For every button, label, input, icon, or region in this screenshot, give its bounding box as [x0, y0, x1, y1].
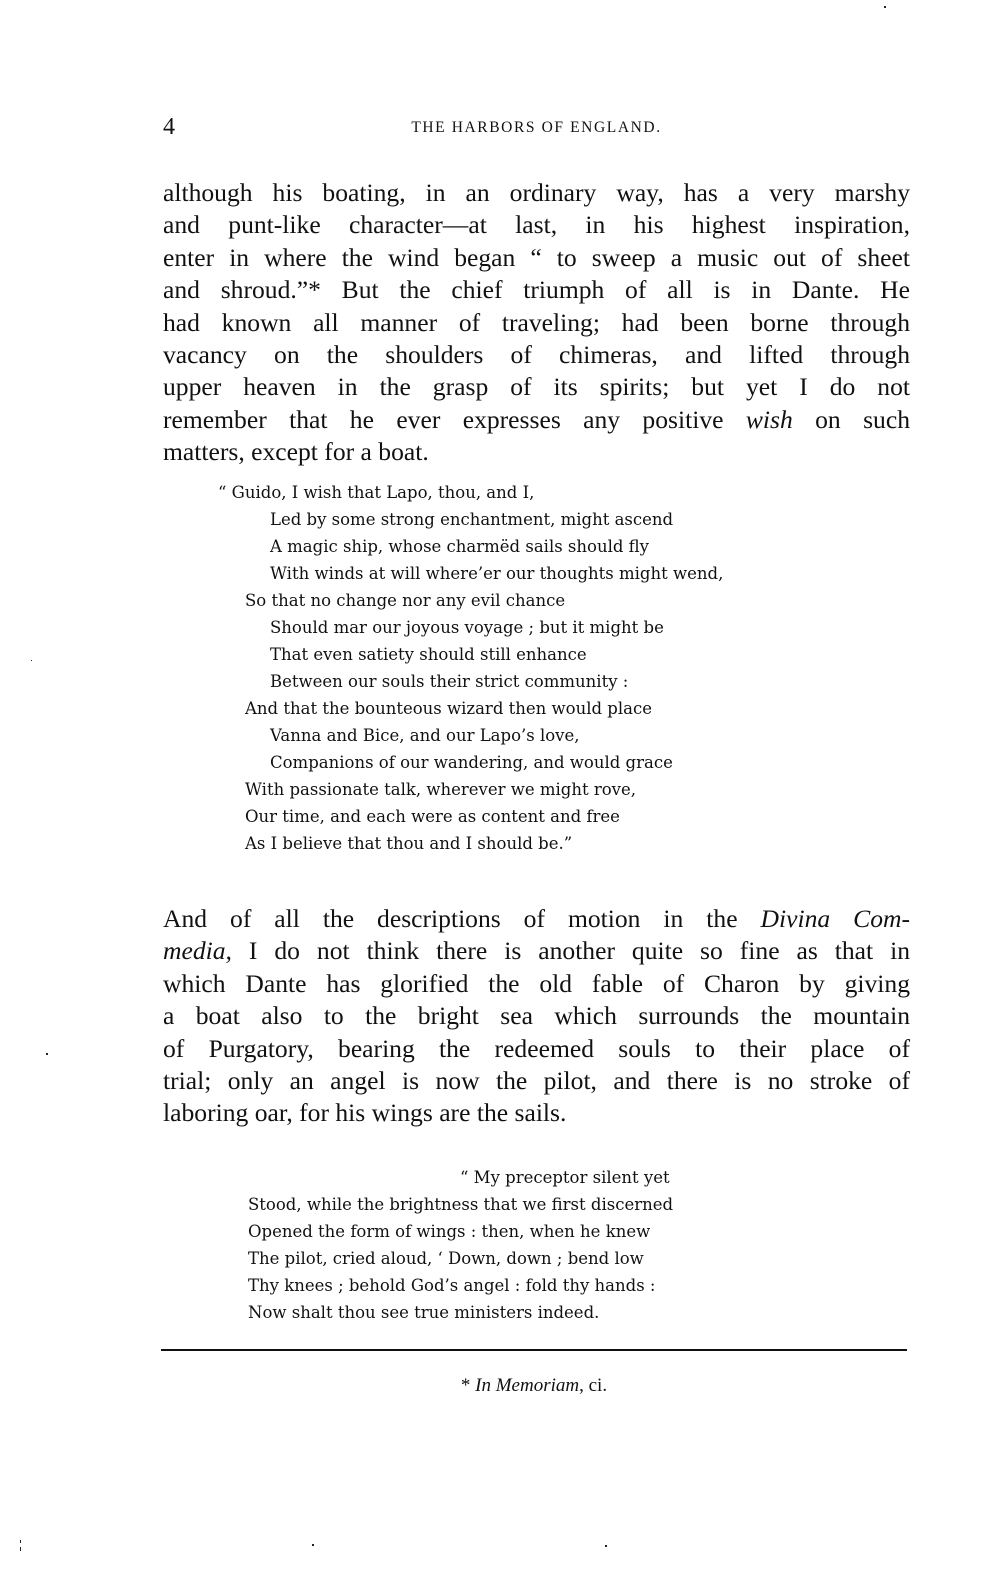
footnote-marker: * [461, 1375, 475, 1396]
text-line: had known all manner of traveling; had b… [163, 307, 910, 339]
italic-title: Divina Com- [761, 904, 910, 933]
paragraph-2: And of all the descriptions of motion in… [163, 903, 910, 1130]
verse-line: That even satiety should still enhance [218, 641, 723, 668]
verse-line: With passionate talk, wherever we might … [218, 776, 723, 803]
text-line: and punt-like character—at last, in his … [163, 209, 910, 241]
italic-word: wish [746, 405, 793, 434]
verse-line: Should mar our joyous voyage ; but it mi… [218, 614, 723, 641]
verse-line: Thy knees ; behold God’s angel : fold th… [248, 1272, 673, 1299]
scan-speck [884, 6, 886, 8]
book-page: 4 THE HARBORS OF ENGLAND. although his b… [0, 0, 1000, 1579]
text-segment: I do not think there is another quite so… [232, 936, 910, 965]
paragraph-1: although his boating, in an ordinary way… [163, 177, 910, 469]
italic-title: media, [163, 936, 232, 965]
text-segment: on such [793, 405, 910, 434]
scan-speck [20, 1540, 21, 1543]
text-line: although his boating, in an ordinary way… [163, 177, 910, 209]
text-line: vacancy on the shoulders of chimeras, an… [163, 339, 910, 371]
text-line: upper heaven in the grasp of its spirits… [163, 371, 910, 403]
verse-line: Companions of our wandering, and would g… [218, 749, 723, 776]
verse-quotation-2: “ My preceptor silent yet Stood, while t… [248, 1164, 673, 1326]
scan-speck [20, 1547, 21, 1551]
text-line: remember that he ever expresses any posi… [163, 404, 910, 436]
text-line: matters, except for a boat. [163, 436, 910, 468]
verse-line: “ My preceptor silent yet [248, 1164, 673, 1191]
footnote-divider [161, 1349, 907, 1351]
verse-line: And that the bounteous wizard then would… [218, 695, 723, 722]
verse-line: Now shalt thou see true ministers indeed… [248, 1299, 673, 1326]
verse-line: A magic ship, whose charmëd sails should… [218, 533, 723, 560]
verse-line: Vanna and Bice, and our Lapo’s love, [218, 722, 723, 749]
verse-line: So that no change nor any evil chance [218, 587, 723, 614]
text-segment: remember that he ever expresses any posi… [163, 405, 746, 434]
verse-quotation-1: “ Guido, I wish that Lapo, thou, and I, … [218, 479, 723, 857]
footnote-reference: , ci. [579, 1375, 607, 1396]
scan-speck [312, 1544, 314, 1546]
verse-line: Stood, while the brightness that we firs… [248, 1191, 673, 1218]
verse-line: Opened the form of wings : then, when he… [248, 1218, 673, 1245]
text-line: enter in where the wind began “ to sweep… [163, 242, 910, 274]
text-line: And of all the descriptions of motion in… [163, 903, 910, 935]
verse-line: Between our souls their strict community… [218, 668, 723, 695]
verse-line: “ Guido, I wish that Lapo, thou, and I, [218, 479, 723, 506]
text-line: laboring oar, for his wings are the sail… [163, 1097, 910, 1129]
footnote: * In Memoriam, ci. [161, 1372, 907, 1400]
text-line: which Dante has glorified the old fable … [163, 968, 910, 1000]
verse-line: As I believe that thou and I should be.” [218, 830, 723, 857]
footnote-italic-title: In Memoriam [475, 1375, 579, 1396]
text-segment: And of all the descriptions of motion in… [163, 904, 761, 933]
running-title: THE HARBORS OF ENGLAND. [163, 116, 910, 140]
text-line: of Purgatory, bearing the redeemed souls… [163, 1033, 910, 1065]
text-line: media, I do not think there is another q… [163, 935, 910, 967]
verse-line: With winds at will where’er our thoughts… [218, 560, 723, 587]
running-head: 4 THE HARBORS OF ENGLAND. [163, 112, 910, 142]
verse-line: Led by some strong enchantment, might as… [218, 506, 723, 533]
scan-speck [46, 1053, 48, 1055]
text-line: a boat also to the bright sea which surr… [163, 1000, 910, 1032]
text-line: trial; only an angel is now the pilot, a… [163, 1065, 910, 1097]
text-line: and shroud.”* But the chief triumph of a… [163, 274, 910, 306]
verse-line: Our time, and each were as content and f… [218, 803, 723, 830]
scan-speck [31, 660, 32, 661]
verse-line: The pilot, cried aloud, ‘ Down, down ; b… [248, 1245, 673, 1272]
scan-speck [605, 1545, 607, 1547]
